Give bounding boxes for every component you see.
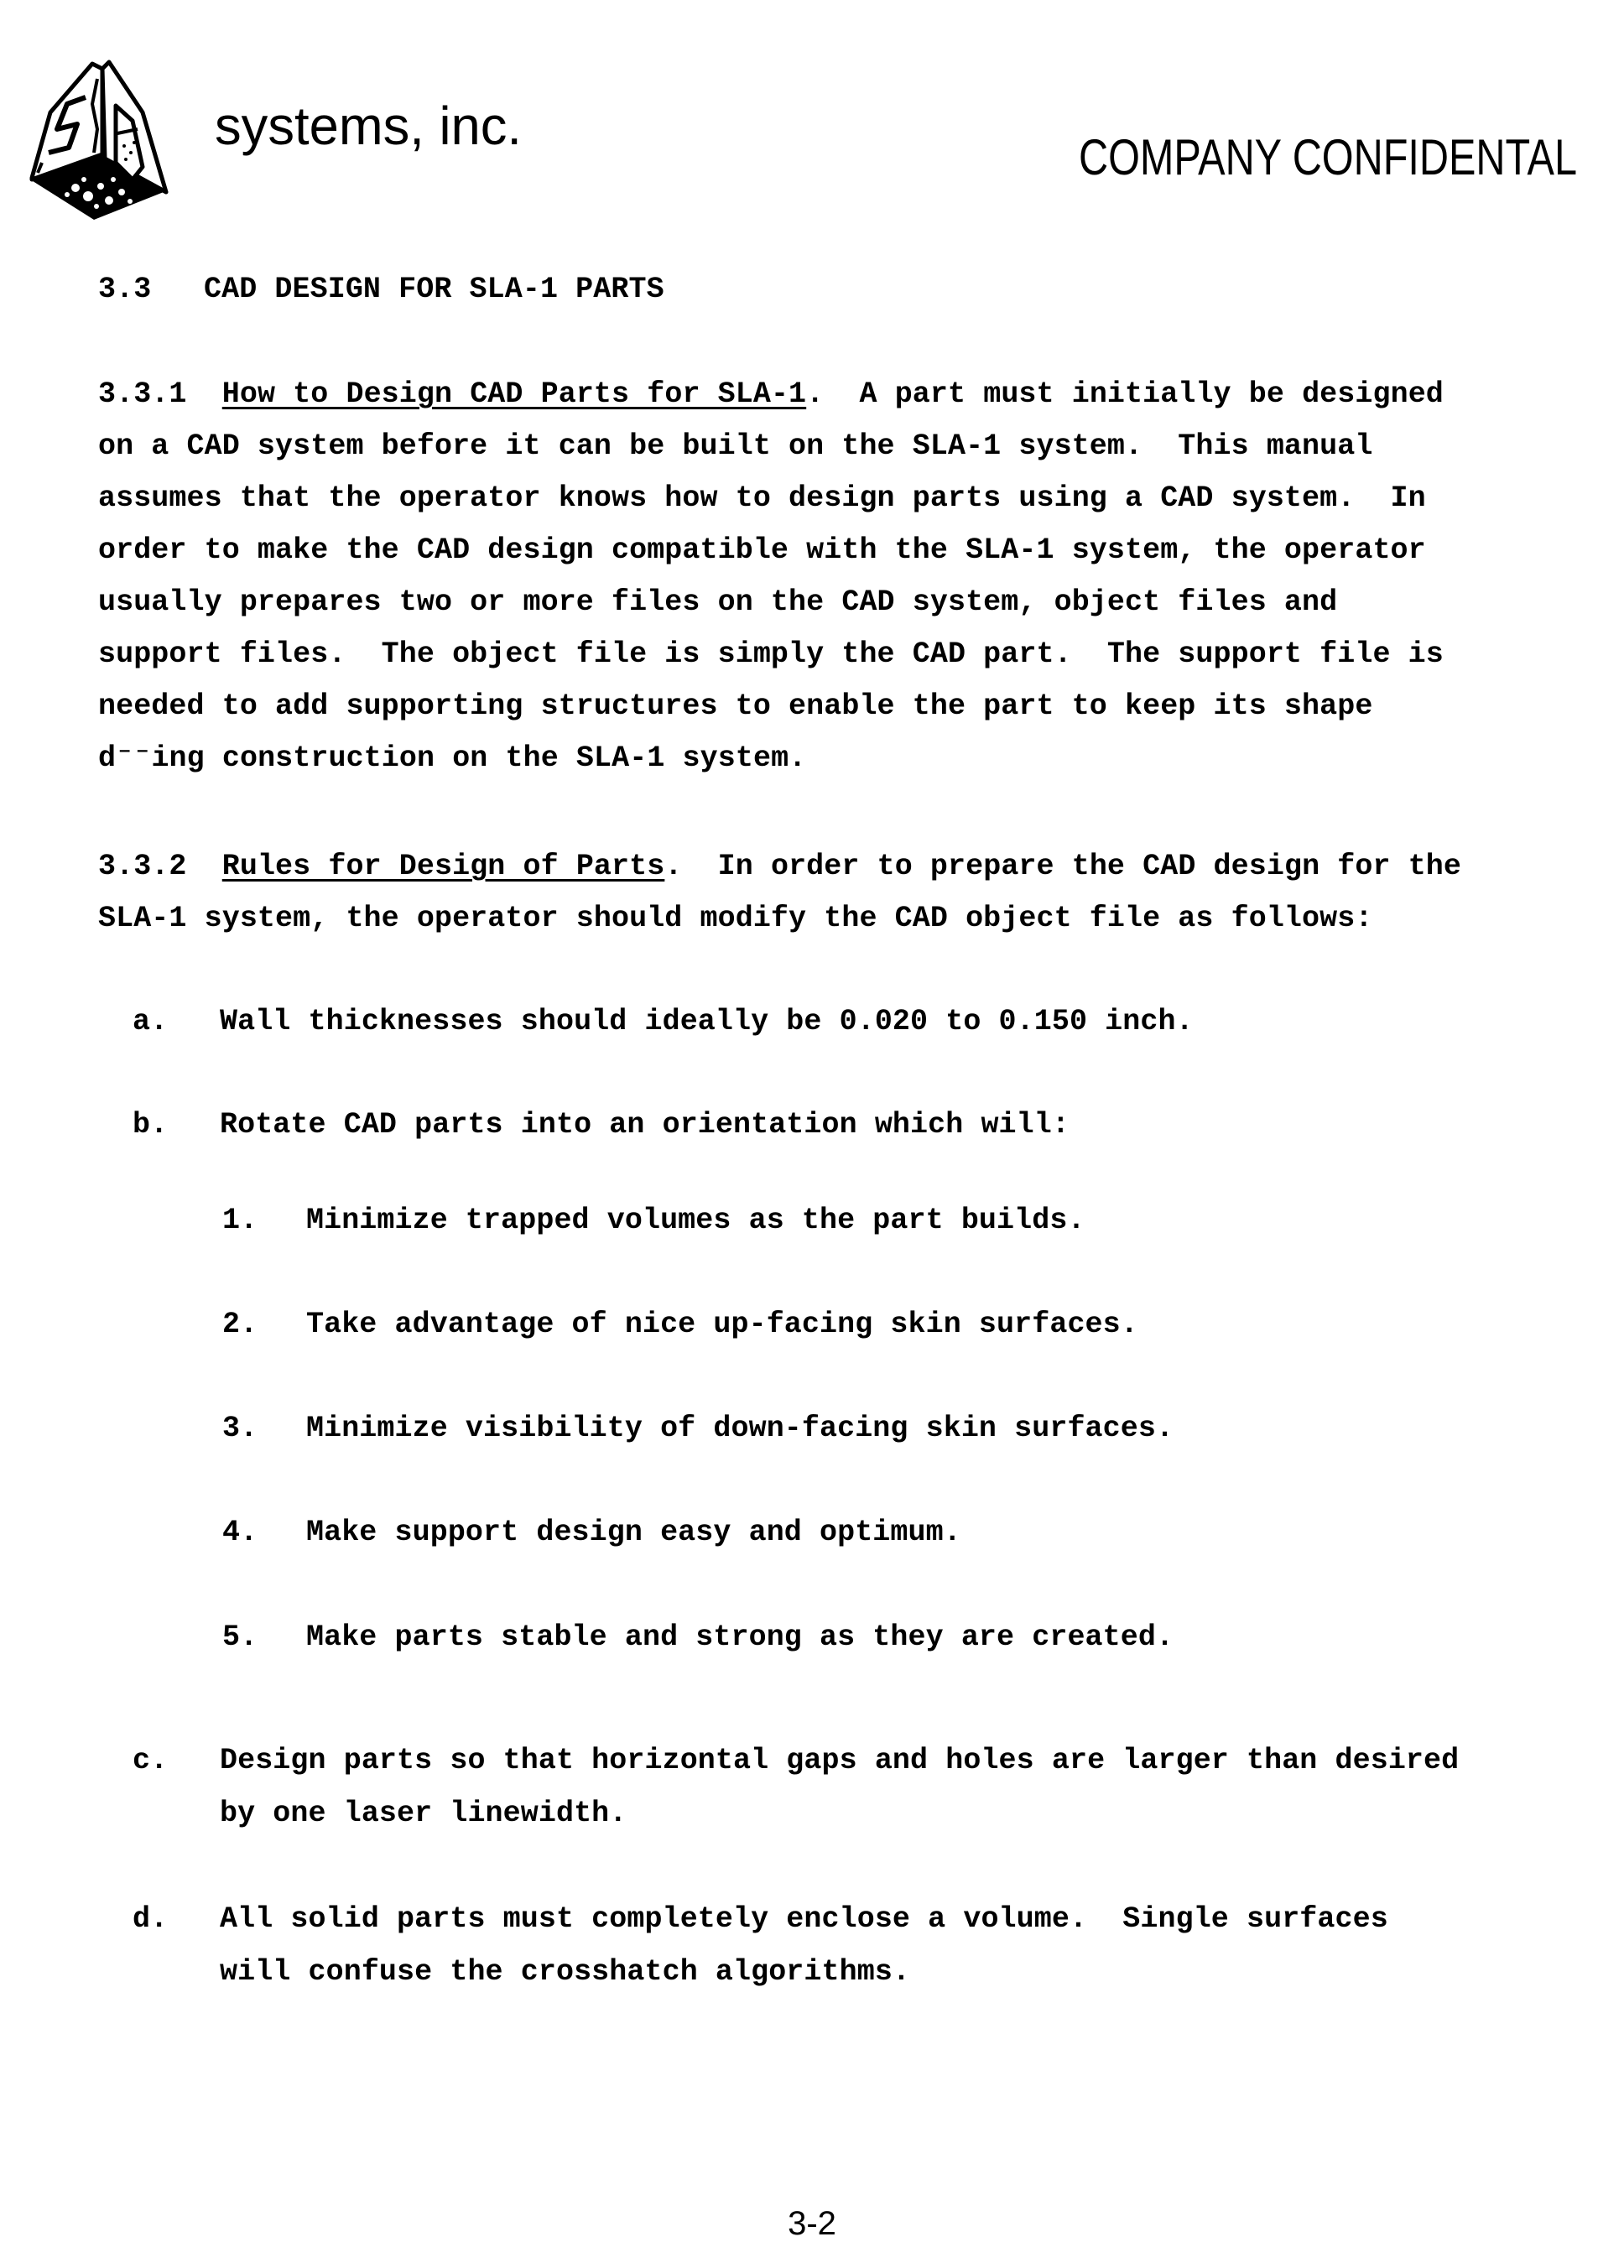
list-item-text: Design parts so that horizontal gaps and… [220,1735,1459,1787]
sub-item-text: Minimize visibility of down-facing skin … [306,1402,1174,1454]
list-item-label: d. [133,1893,168,1945]
sub-item-text: Take advantage of nice up-facing skin su… [306,1298,1138,1350]
list-item-text: will confuse the crosshatch algorithms. [220,1946,910,1998]
sub-item-label: 5. [222,1611,258,1663]
section-title: CAD DESIGN FOR SLA-1 PARTS [204,263,664,315]
subsection-2-first-line: 3.3.2 Rules for Design of Parts. In orde… [98,840,1461,892]
paragraph-line: SLA-1 system, the operator should modify… [98,892,1372,944]
confidentiality-label: COMPANY CONFIDENTAL [1074,109,1585,185]
sub-item-text: Make support design easy and optimum. [306,1506,961,1558]
subsection-1-number: 3.3.1 [98,377,187,411]
list-item-text: by one laser linewidth. [220,1787,627,1839]
sub-item-label: 4. [222,1506,258,1558]
list-item-label: b. [133,1099,168,1151]
list-item-label: a. [133,996,168,1048]
subsection-1-text: A part must initially be designed [824,377,1444,411]
list-item-text: Rotate CAD parts into an orientation whi… [220,1099,1070,1151]
subsection-2-title: Rules for Design of Parts [222,850,665,883]
svg-text:COMPANY CONFIDENTAL: COMPANY CONFIDENTAL [1079,129,1577,185]
3d-cube-logo-icon [25,54,210,226]
paragraph-line: assumes that the operator knows how to d… [98,472,1426,524]
sub-item-label: 1. [222,1194,258,1246]
subsection-1-first-line: 3.3.1 How to Design CAD Parts for SLA-1.… [98,368,1444,420]
paragraph-line: needed to add supporting structures to e… [98,680,1372,732]
subsection-2-number: 3.3.2 [98,850,187,883]
sub-item-label: 2. [222,1298,258,1350]
paragraph-line: on a CAD system before it can be built o… [98,420,1372,472]
sub-item-label: 3. [222,1402,258,1454]
section-number: 3.3 [98,273,151,306]
paragraph-line: order to make the CAD design compatible … [98,524,1426,576]
paragraph-line: support files. The object file is simply… [98,628,1444,680]
subsection-2-text: In order to prepare the CAD design for t… [682,850,1461,883]
list-item-text: All solid parts must completely enclose … [220,1893,1388,1945]
page-number: 3-2 [0,2203,1624,2245]
subsection-1-title: How to Design CAD Parts for SLA-1 [222,377,806,411]
paragraph-line: usually prepares two or more files on th… [98,576,1337,628]
company-name: systems, inc. [210,92,528,168]
list-item-text: Wall thicknesses should ideally be 0.020… [220,996,1194,1048]
section-heading: 3.3CAD DESIGN FOR SLA-1 PARTS [98,263,151,315]
list-item-label: c. [133,1735,168,1787]
sub-item-text: Make parts stable and strong as they are… [306,1611,1174,1663]
sub-item-text: Minimize trapped volumes as the part bui… [306,1194,1085,1246]
paragraph-line: d⁻⁻ing construction on the SLA-1 system. [98,732,806,784]
svg-text:systems, inc.: systems, inc. [215,96,522,156]
